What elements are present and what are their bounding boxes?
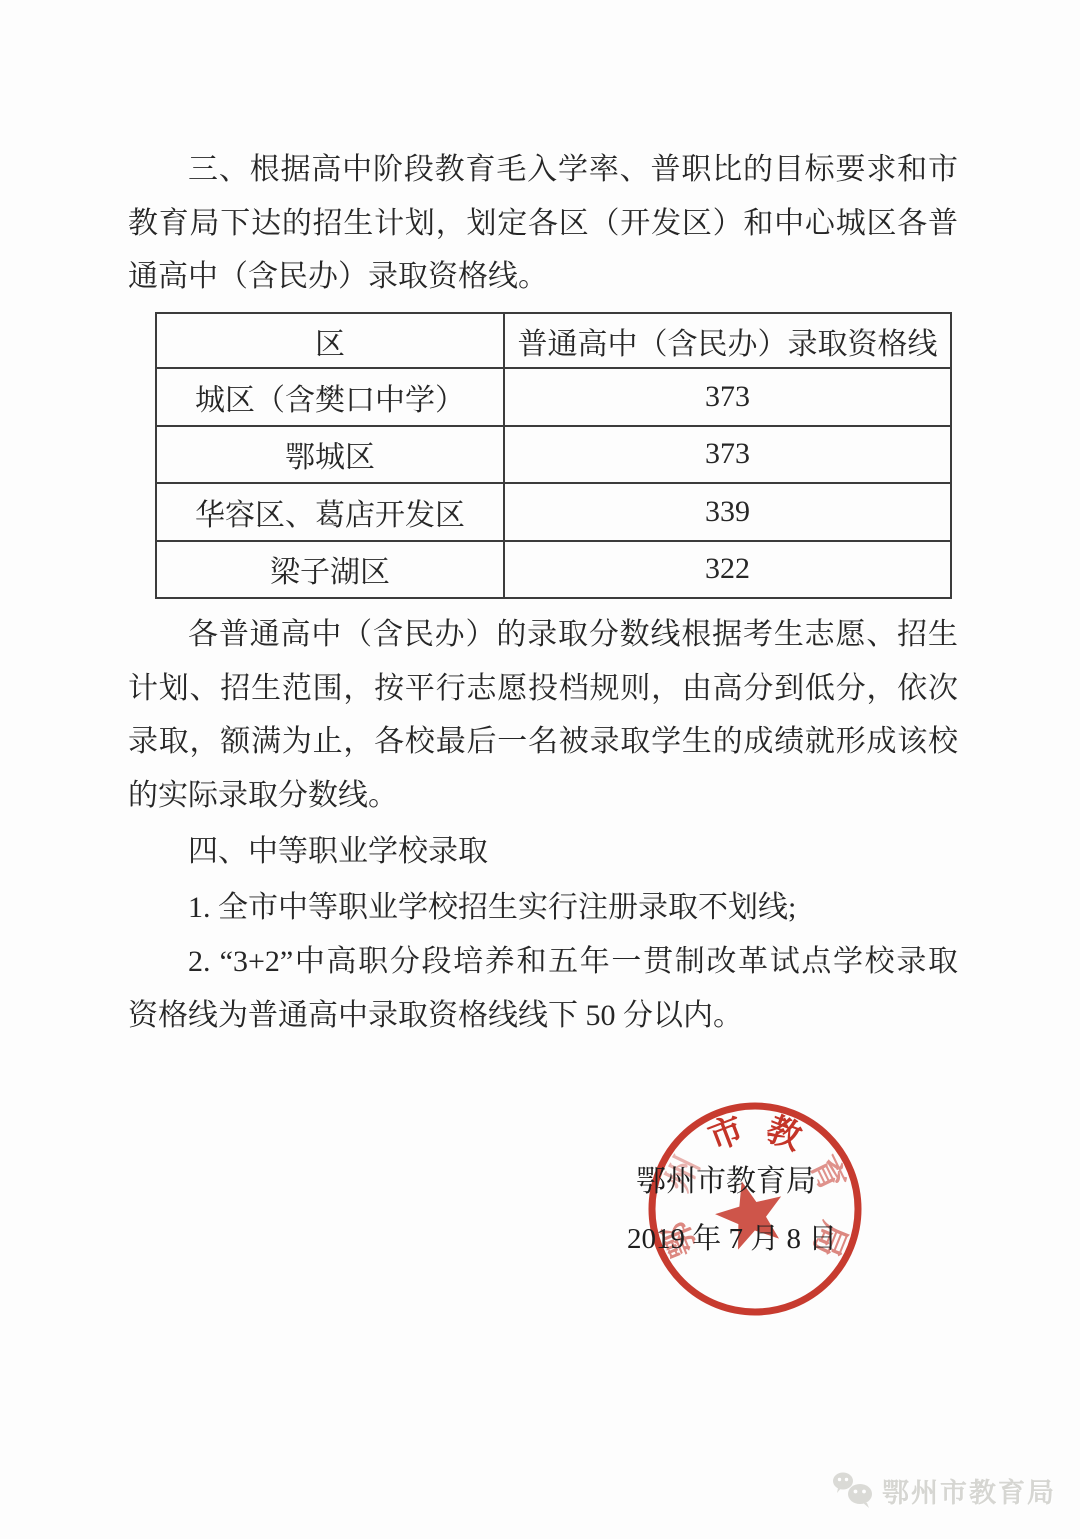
scores-table-header: 区普通高中（含民办）录取资格线 xyxy=(156,313,951,368)
column-header: 区 xyxy=(156,313,504,368)
section-4-heading: 四、中等职业学校录取 xyxy=(128,825,958,879)
official-seal-stamp: 鄂州市教育局 xyxy=(641,1095,869,1323)
score-cell: 373 xyxy=(504,368,951,426)
text-line: 通高中（含民办）录取资格线。 xyxy=(128,250,958,304)
table-header-row: 区普通高中（含民办）录取资格线 xyxy=(156,313,951,368)
text-line: 资格线为普通高中录取资格线线下 50 分以内。 xyxy=(128,989,958,1043)
district-cell: 华容区、葛店开发区 xyxy=(156,483,504,541)
document-page: 三、根据高中阶段教育毛入学率、普职比的目标要求和市教育局下达的招生计划，划定各区… xyxy=(0,0,1080,1539)
text-line: 教育局下达的招生计划，划定各区（开发区）和中心城区各普 xyxy=(128,197,958,251)
table-row: 城区（含樊口中学）373 xyxy=(156,368,951,426)
text-line: 2. “3+2”中高职分段培养和五年一贯制改革试点学校录取 xyxy=(128,935,958,989)
text-line: 计划、招生范围，按平行志愿投档规则，由高分到低分，依次 xyxy=(128,662,958,716)
paragraph-admission-rule: 各普通高中（含民办）的录取分数线根据考生志愿、招生计划、招生范围，按平行志愿投档… xyxy=(128,608,958,822)
watermark: 鄂州市教育局 xyxy=(830,1468,1056,1512)
section-4-item-1: 1. 全市中等职业学校招生实行注册录取不划线; xyxy=(128,881,958,935)
score-cell: 339 xyxy=(504,483,951,541)
scores-table-body: 城区（含樊口中学）373鄂城区373华容区、葛店开发区339梁子湖区322 xyxy=(156,368,951,598)
table-row: 鄂城区373 xyxy=(156,426,951,484)
signature-org: 鄂州市教育局 xyxy=(636,1164,816,1200)
text-line: 三、根据高中阶段教育毛入学率、普职比的目标要求和市 xyxy=(128,143,958,197)
score-cell: 373 xyxy=(504,426,951,484)
district-cell: 鄂城区 xyxy=(156,426,504,484)
score-cell: 322 xyxy=(504,541,951,599)
paragraph-intro: 三、根据高中阶段教育毛入学率、普职比的目标要求和市教育局下达的招生计划，划定各区… xyxy=(128,143,958,304)
table-row: 华容区、葛店开发区339 xyxy=(156,483,951,541)
text-line: 的实际录取分数线。 xyxy=(128,769,958,823)
wechat-icon xyxy=(830,1470,876,1510)
text-line: 录取，额满为止，各校最后一名被录取学生的成绩就形成该校 xyxy=(128,715,958,769)
text-line: 各普通高中（含民办）的录取分数线根据考生志愿、招生 xyxy=(128,608,958,662)
text-line: 四、中等职业学校录取 xyxy=(128,825,958,879)
section-4-item-2: 2. “3+2”中高职分段培养和五年一贯制改革试点学校录取资格线为普通高中录取资… xyxy=(128,935,958,1042)
column-header: 普通高中（含民办）录取资格线 xyxy=(504,313,951,368)
table-row: 梁子湖区322 xyxy=(156,541,951,599)
district-cell: 梁子湖区 xyxy=(156,541,504,599)
watermark-label: 鄂州市教育局 xyxy=(882,1471,1056,1510)
scores-table: 区普通高中（含民办）录取资格线 城区（含樊口中学）373鄂城区373华容区、葛店… xyxy=(155,312,952,599)
district-cell: 城区（含樊口中学） xyxy=(156,368,504,426)
signature-date: 2019 年 7 月 8 日 xyxy=(627,1221,837,1257)
text-line: 1. 全市中等职业学校招生实行注册录取不划线; xyxy=(128,881,958,935)
